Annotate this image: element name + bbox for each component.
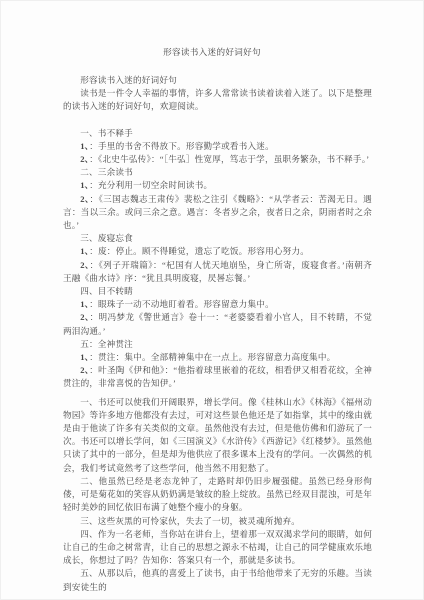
item-number: 1、 <box>80 141 89 151</box>
item-number: 2、 <box>80 312 89 322</box>
item-number: 2、 <box>80 365 89 375</box>
item-text: ：《北史牛弘传》：“［牛弘］性宽厚，笃志于学，虽职务繁杂，书不释手。’ <box>89 154 369 164</box>
list-item: 2、：《列子开瑞篇》：“杞国有人忧天地崩坠，身亡所寄，废寝食者。’南朝齐王融《曲… <box>63 259 372 285</box>
list-item: 2、：叶圣陶《伊和他》：“他指着球里嵌着的花纹，相看伊又相看花纹，全神贯注的，非… <box>63 364 372 390</box>
item-number: 1、 <box>80 352 89 362</box>
item-number: 1、 <box>80 246 89 256</box>
list-item: 1、：充分利用一切空余时间读书。 <box>63 179 372 192</box>
intro-paragraph: 读书是一件令人幸福的事情，许多人常常读书读着读着入迷了。以下是整理的读书入迷的好… <box>63 87 372 113</box>
section-heading: 一、书不释手 <box>63 127 372 140</box>
item-number: 2、 <box>80 194 89 204</box>
document-content: 形容读书入迷的好词好句 读书是一件令人幸福的事情，许多人常常读书读着读着入迷了。… <box>63 74 372 594</box>
section-heading: 二、三余读书 <box>63 166 372 179</box>
section-heading: 三、废寝忘食 <box>63 232 372 245</box>
list-item: 2、：《三国志魏志王肃传》裴松之注引《魏略》：“从学者云：苦渴无日。遇言：当以三… <box>63 193 372 233</box>
item-number: 1、 <box>80 180 89 190</box>
item-number: 2、 <box>80 260 89 270</box>
intro-block: 形容读书入迷的好词好句 读书是一件令人幸福的事情，许多人常常读书读着读着入迷了。… <box>63 74 372 114</box>
section-heading: 五：全神贯注 <box>63 338 372 351</box>
item-text: ：充分利用一切空余时间读书。 <box>89 180 212 190</box>
document-page: 形容读书入迷的好词好句 形容读书入迷的好词好句 读书是一件令人幸福的事情，许多人… <box>0 0 424 600</box>
item-text: ：贯注：集中。全部精神集中在一点上。形容留意力高度集中。 <box>89 352 335 362</box>
word-sections: 一、书不释手 1、：手里的书舍不得放下。形容勤学或看书入迷。 2、：《北史牛弘传… <box>63 127 372 391</box>
intro-heading: 形容读书入迷的好词好句 <box>63 74 372 87</box>
body-paragraph: 三、这些灰黑的可怜家伙，失去了一切，被灵魂所抛弃。 <box>63 515 372 528</box>
item-number: 2、 <box>80 154 89 164</box>
list-item: 1、：废：停止。顾不得睡觉，遗忘了吃饭。形容用心努力。 <box>63 245 372 258</box>
section-heading: 四、目不转睛 <box>63 285 372 298</box>
body-paragraph: 一、书还可以使我们开阔眼界，增长学问。像《桂林山水》《林海》《福州动物园》等许多… <box>63 396 372 475</box>
list-item: 1、：贯注：集中。全部精神集中在一点上。形容留意力高度集中。 <box>63 351 372 364</box>
list-item: 2、：明冯梦龙《警世通言》卷十一：“老婆婆看着小官人，目不转睛，不觉两泪沟通。’ <box>63 311 372 337</box>
body-paragraph: 五、从那以后，他真的喜爱上了读书，由于书给他带来了无穷的乐趣。当读到安徒生的 <box>63 567 372 593</box>
list-item: 2、：《北史牛弘传》：“［牛弘］性宽厚，笃志于学，虽职务繁杂，书不释手。’ <box>63 153 372 166</box>
item-text: ：《三国志魏志王肃传》裴松之注引《魏略》：“从学者云：苦渴无日。遇言：当以三余。… <box>63 194 372 230</box>
body-paragraph: 四、作为一名老师，当你站在讲台上，望着那一双双渴求学问的眼睛，如何让自己的生命之… <box>63 528 372 568</box>
item-text: ：眼珠子一动不动地盯着看。形容留意力集中。 <box>89 299 274 309</box>
item-text: ：叶圣陶《伊和他》：“他指着球里嵌着的花纹，相看伊又相看花纹，全神贯注的，非常喜… <box>63 365 372 388</box>
document-title: 形容读书入迷的好词好句 <box>1 46 423 58</box>
item-number: 1、 <box>80 299 89 309</box>
item-text: ：手里的书舍不得放下。形容勤学或看书入迷。 <box>89 141 274 151</box>
body-paragraph: 二、他虽然已经是老态龙钟了，走路时却仍旧步履强健。虽然已经身形佝偻，可是菊花如的… <box>63 475 372 515</box>
list-item: 1、：手里的书舍不得放下。形容勤学或看书入迷。 <box>63 140 372 153</box>
item-text: ：《列子开瑞篇》：“杞国有人忧天地崩坠，身亡所寄，废寝食者。’南朝齐王融《曲水诗… <box>63 260 372 283</box>
sentence-paragraphs: 一、书还可以使我们开阔眼界，增长学问。像《桂林山水》《林海》《福州动物园》等许多… <box>63 396 372 594</box>
item-text: ：废：停止。顾不得睡觉，遗忘了吃饭。形容用心努力。 <box>89 246 309 256</box>
list-item: 1、：眼珠子一动不动地盯着看。形容留意力集中。 <box>63 298 372 311</box>
item-text: ：明冯梦龙《警世通言》卷十一：“老婆婆看着小官人，目不转睛，不觉两泪沟通。’ <box>63 312 372 335</box>
